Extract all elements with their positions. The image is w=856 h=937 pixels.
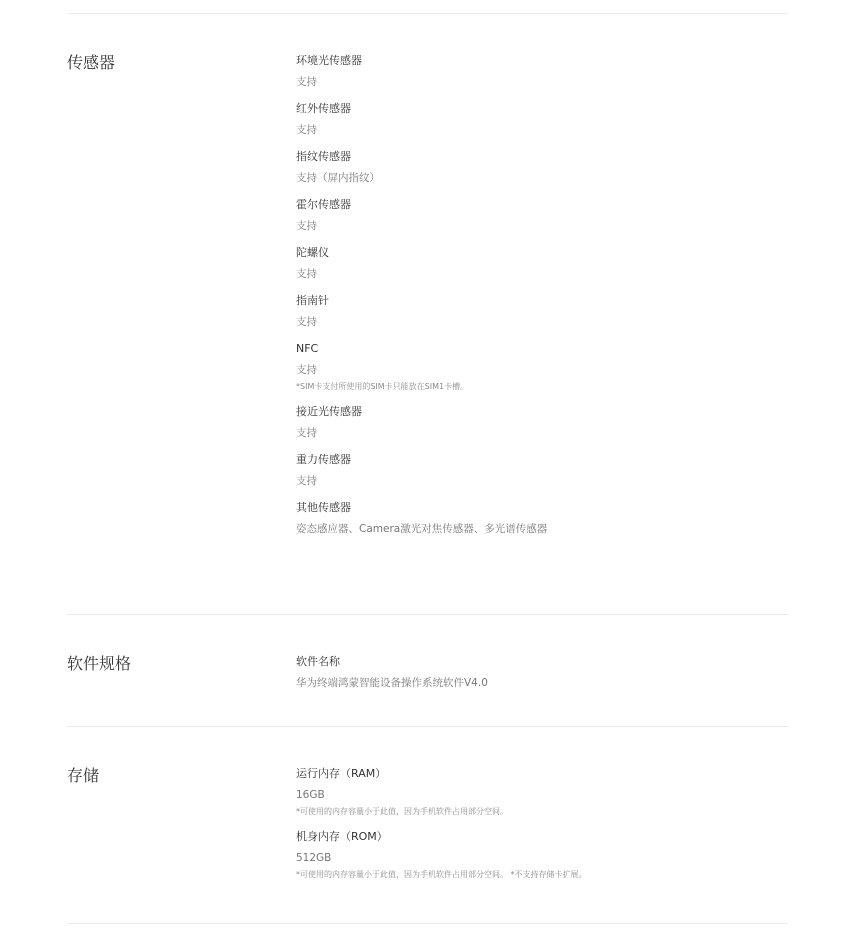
spec-item-nfc: NFC 支持 *SIM卡支付所使用的SIM卡只能放在SIM1卡槽。 bbox=[296, 342, 786, 392]
spec-item-rom: 机身内存（ROM） 512GB *可使用的内存容量小于此值，因为手机软件占用部分… bbox=[296, 830, 786, 880]
section-divider bbox=[67, 726, 788, 727]
spec-item-hall-sensor: 霍尔传感器 支持 bbox=[296, 198, 786, 233]
spec-value: 支持 bbox=[296, 123, 786, 137]
spec-label: 重力传感器 bbox=[296, 453, 786, 467]
spec-item-ram: 运行内存（RAM） 16GB *可使用的内存容量小于此值，因为手机软件占用部分空… bbox=[296, 767, 786, 817]
spec-label: 红外传感器 bbox=[296, 102, 786, 116]
spec-value: 支持 bbox=[296, 426, 786, 440]
section-divider bbox=[67, 923, 788, 924]
spec-value: 华为终端鸿蒙智能设备操作系统软件V4.0 bbox=[296, 676, 786, 690]
spec-label: 指纹传感器 bbox=[296, 150, 786, 164]
spec-list: 环境光传感器 支持 红外传感器 支持 指纹传感器 支持（屏内指纹） 霍尔传感器 … bbox=[296, 54, 786, 549]
spec-value: 支持 bbox=[296, 363, 786, 377]
spec-value: 512GB bbox=[296, 851, 786, 865]
spec-label: 软件名称 bbox=[296, 655, 786, 669]
spec-value: 支持 bbox=[296, 474, 786, 488]
spec-value: 支持 bbox=[296, 75, 786, 89]
spec-label: 环境光传感器 bbox=[296, 54, 786, 68]
spec-item-compass: 指南针 支持 bbox=[296, 294, 786, 329]
spec-value: 支持 bbox=[296, 219, 786, 233]
spec-item-gravity-sensor: 重力传感器 支持 bbox=[296, 453, 786, 488]
spec-label: 机身内存（ROM） bbox=[296, 830, 786, 844]
spec-value: 支持（屏内指纹） bbox=[296, 171, 786, 185]
spec-label: 运行内存（RAM） bbox=[296, 767, 786, 781]
section-divider bbox=[67, 614, 788, 615]
spec-note: *SIM卡支付所使用的SIM卡只能放在SIM1卡槽。 bbox=[296, 381, 786, 392]
spec-note: *可使用的内存容量小于此值，因为手机软件占用部分空间。 bbox=[296, 806, 786, 817]
section-title: 软件规格 bbox=[67, 654, 131, 674]
section-title: 存储 bbox=[67, 766, 99, 786]
spec-label: 陀螺仪 bbox=[296, 246, 786, 260]
spec-label: 霍尔传感器 bbox=[296, 198, 786, 212]
spec-label: NFC bbox=[296, 342, 786, 356]
spec-value: 姿态感应器、Camera激光对焦传感器、多光谱传感器 bbox=[296, 522, 786, 536]
spec-item-other-sensors: 其他传感器 姿态感应器、Camera激光对焦传感器、多光谱传感器 bbox=[296, 501, 786, 536]
spec-list: 运行内存（RAM） 16GB *可使用的内存容量小于此值，因为手机软件占用部分空… bbox=[296, 767, 786, 893]
spec-item-infrared-sensor: 红外传感器 支持 bbox=[296, 102, 786, 137]
spec-item-fingerprint-sensor: 指纹传感器 支持（屏内指纹） bbox=[296, 150, 786, 185]
spec-item-software-name: 软件名称 华为终端鸿蒙智能设备操作系统软件V4.0 bbox=[296, 655, 786, 690]
section-title: 传感器 bbox=[67, 53, 115, 73]
spec-item-proximity-sensor: 接近光传感器 支持 bbox=[296, 405, 786, 440]
spec-value: 支持 bbox=[296, 315, 786, 329]
spec-item-ambient-light-sensor: 环境光传感器 支持 bbox=[296, 54, 786, 89]
spec-label: 指南针 bbox=[296, 294, 786, 308]
section-divider bbox=[67, 13, 788, 14]
spec-note: *可使用的内存容量小于此值，因为手机软件占用部分空间。 *不支持存储卡扩展。 bbox=[296, 869, 786, 880]
spec-label: 其他传感器 bbox=[296, 501, 786, 515]
spec-value: 支持 bbox=[296, 267, 786, 281]
spec-list: 软件名称 华为终端鸿蒙智能设备操作系统软件V4.0 bbox=[296, 655, 786, 703]
spec-value: 16GB bbox=[296, 788, 786, 802]
spec-item-gyroscope: 陀螺仪 支持 bbox=[296, 246, 786, 281]
spec-label: 接近光传感器 bbox=[296, 405, 786, 419]
